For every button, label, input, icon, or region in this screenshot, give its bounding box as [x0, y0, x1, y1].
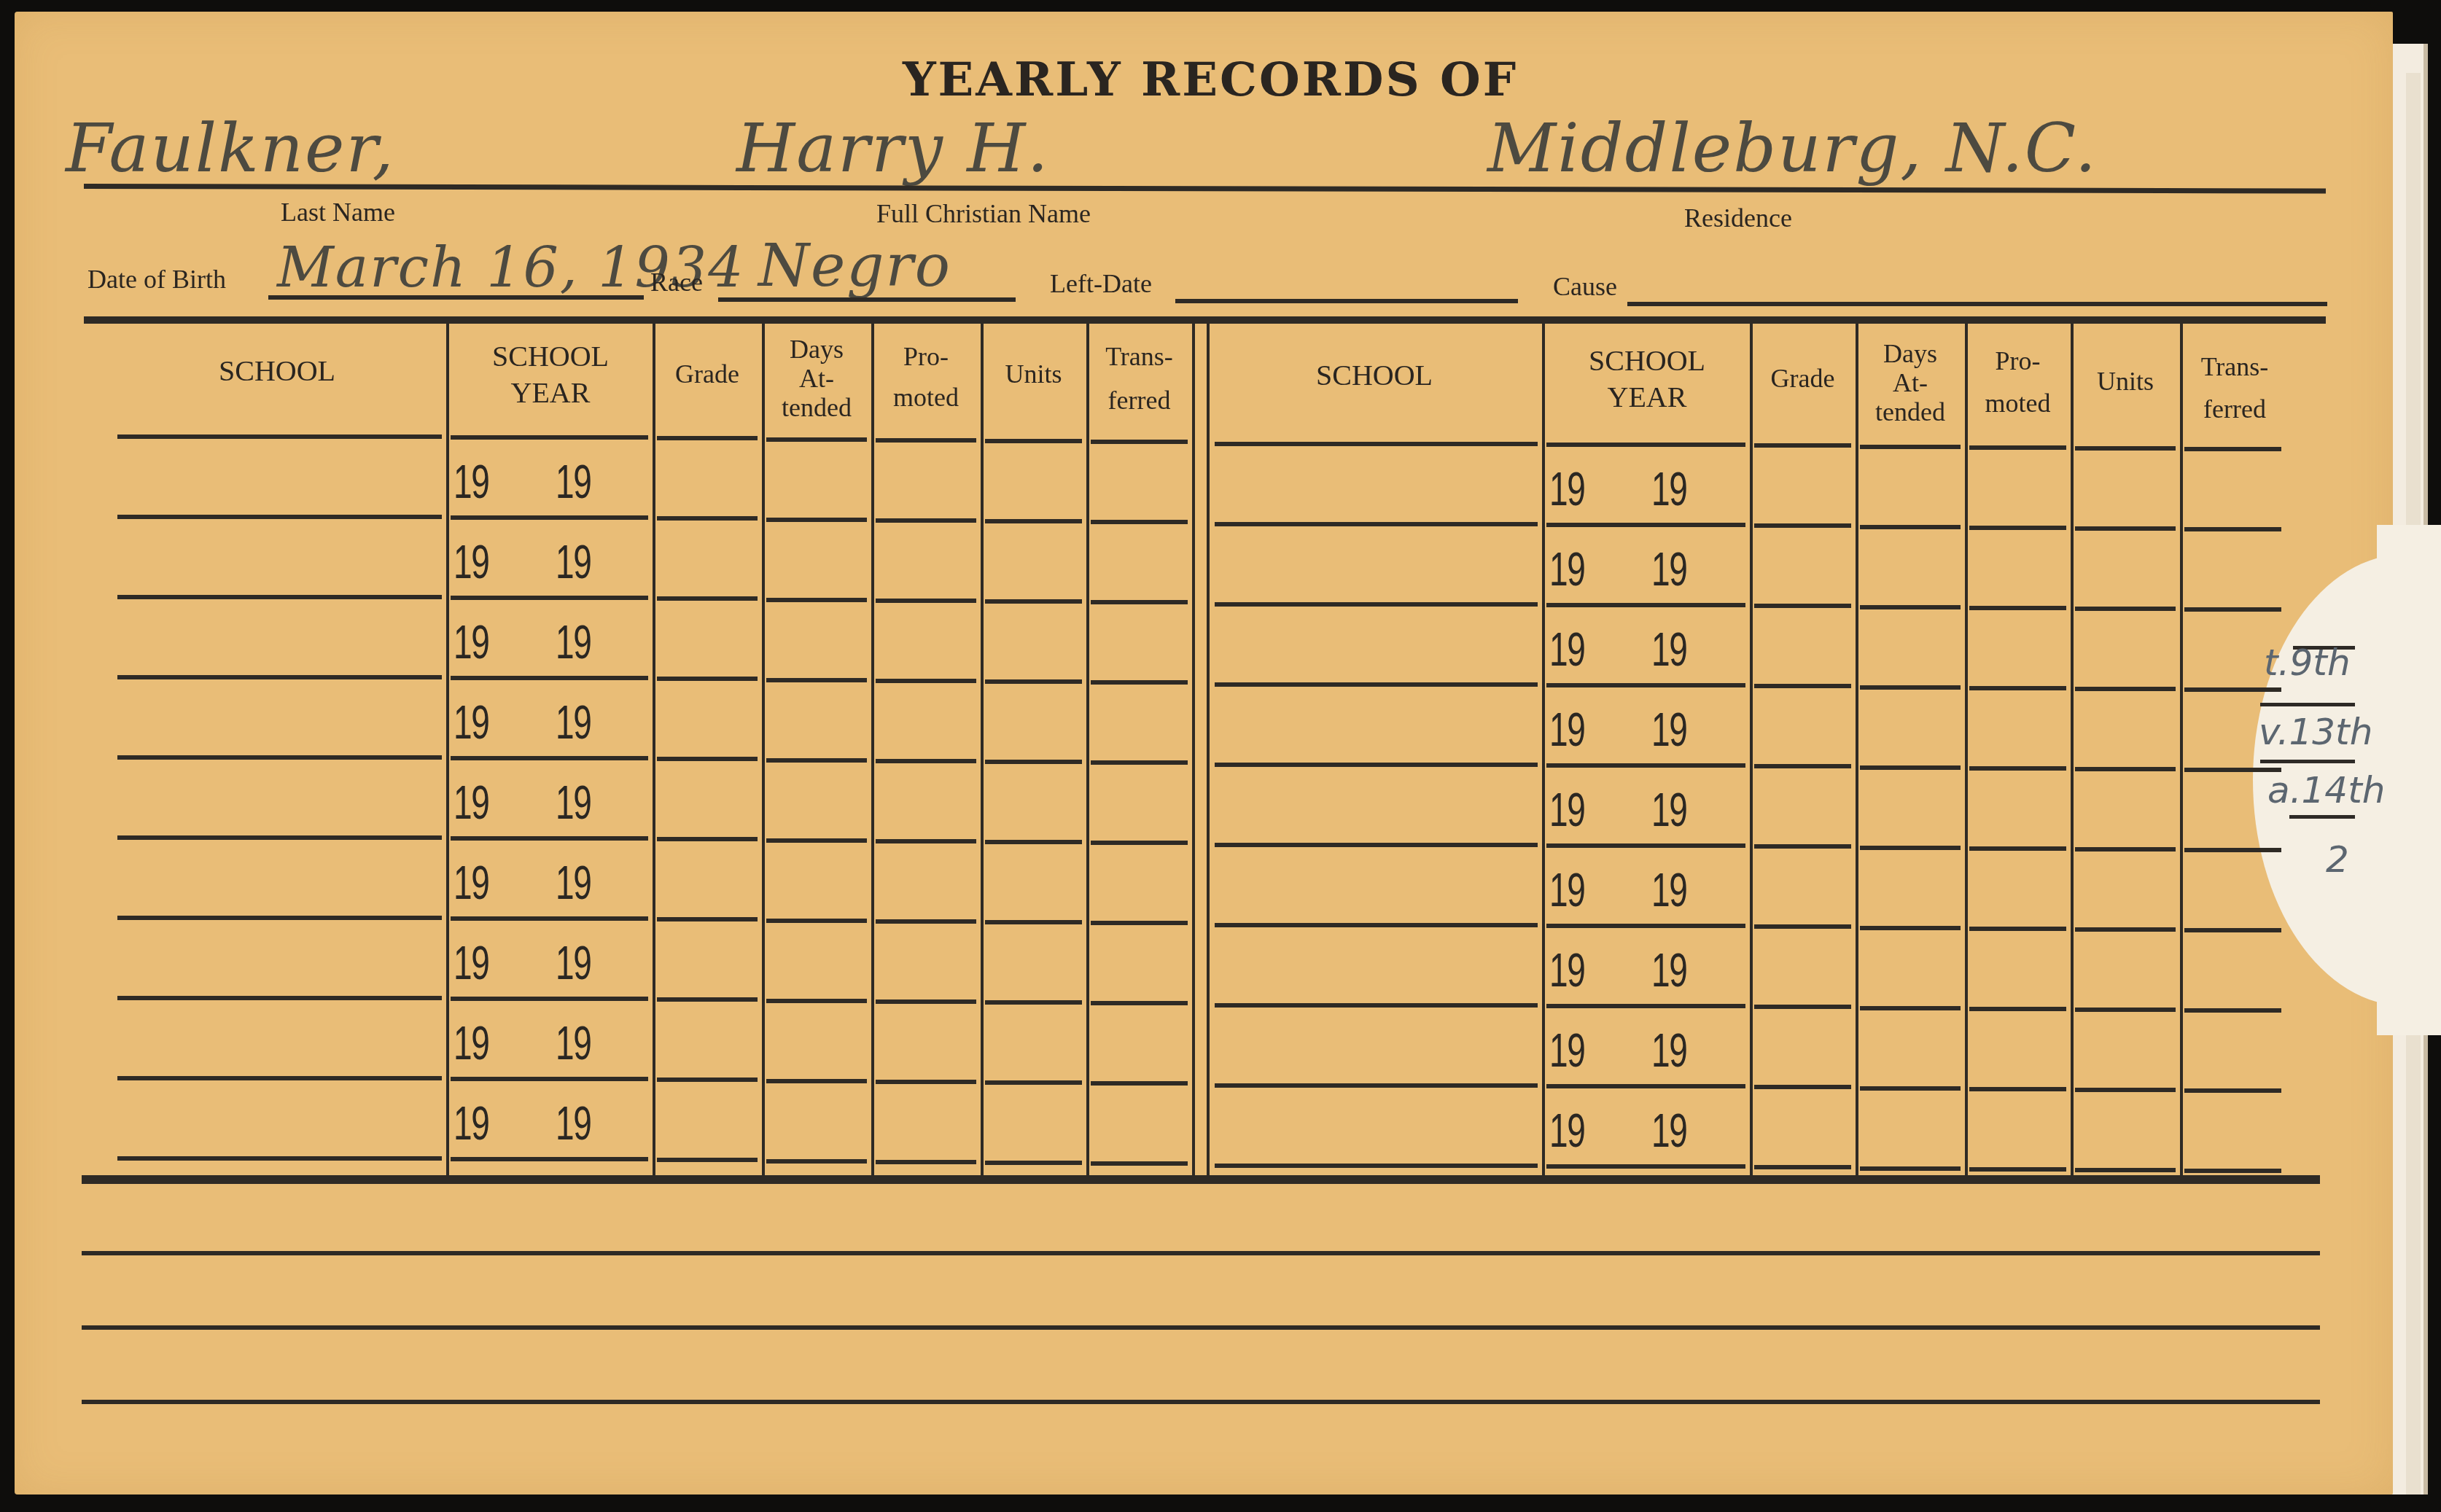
right-table-cell[interactable] [1969, 608, 2066, 679]
back-card-rule [2260, 760, 2355, 763]
left-table-cell[interactable] [657, 681, 758, 752]
table-bottom-rule [82, 1175, 2320, 1184]
back-card-text: a.14th [2267, 769, 2385, 811]
header-days-2: At- [762, 365, 871, 392]
left-table-cell[interactable] [117, 761, 442, 833]
header-promoted-1: Pro- [871, 343, 981, 370]
row-divider [451, 756, 648, 760]
right-table-cell[interactable] [2184, 448, 2281, 519]
left-table-cell[interactable] [451, 761, 648, 833]
header-school-right: SCHOOL [1210, 360, 1538, 391]
right-table-cell[interactable] [1546, 608, 1745, 679]
row-divider [451, 515, 648, 520]
right-table-cell[interactable] [1215, 448, 1538, 519]
left-table-cell[interactable] [766, 1082, 867, 1153]
left-table-cell[interactable] [766, 841, 867, 913]
right-table-cell[interactable] [1754, 528, 1851, 599]
right-table-cell[interactable] [1215, 929, 1538, 1000]
notes-line-1[interactable] [82, 1251, 2320, 1255]
row-divider [451, 916, 648, 921]
right-table-cell[interactable] [2075, 448, 2176, 519]
left-table-cell[interactable] [985, 761, 1082, 833]
left-table-cell[interactable] [766, 921, 867, 993]
row-divider [1546, 603, 1745, 607]
left-table-cell[interactable] [117, 681, 442, 752]
row-divider [451, 1077, 648, 1081]
row-divider [117, 515, 442, 519]
right-table-cell[interactable] [1546, 528, 1745, 599]
left-table-cell[interactable] [985, 921, 1082, 993]
row-divider [1546, 1004, 1745, 1008]
back-card-text: 2 [2326, 838, 2349, 881]
left-table-cell[interactable] [1091, 761, 1188, 833]
left-table-cell[interactable] [1091, 681, 1188, 752]
row-divider [117, 916, 442, 920]
right-table-cell[interactable] [1215, 1089, 1538, 1161]
left-table-cell[interactable] [1091, 1082, 1188, 1153]
row-divider [766, 1159, 867, 1164]
right-table-cell[interactable] [1860, 608, 1961, 679]
header-underline [1546, 443, 1745, 447]
right-table-cell[interactable] [1860, 448, 1961, 519]
right-table-cell[interactable] [1546, 448, 1745, 519]
notes-line-3[interactable] [82, 1400, 2320, 1404]
row-divider [117, 996, 442, 1000]
right-table-cell[interactable] [2184, 608, 2281, 679]
header-days-1: Days [762, 335, 871, 363]
column-divider [981, 324, 984, 1177]
header-transferred-2: ferred [1086, 386, 1192, 414]
left-date-label: Left-Date [1050, 268, 1152, 299]
right-table-cell[interactable] [1546, 768, 1745, 840]
right-table-cell[interactable] [2184, 768, 2281, 840]
header-underline [1215, 442, 1538, 446]
right-table-cell[interactable] [1860, 849, 1961, 920]
left-table-cell[interactable] [985, 1082, 1082, 1153]
left-table-cell[interactable] [876, 521, 976, 592]
left-table-cell[interactable] [985, 681, 1082, 752]
row-divider [1215, 923, 1538, 927]
right-table-cell[interactable] [1969, 528, 2066, 599]
column-divider [1542, 324, 1545, 1177]
right-table-cell[interactable] [1546, 849, 1745, 920]
column-divider [1965, 324, 1968, 1177]
right-table-cell[interactable] [1860, 768, 1961, 840]
row-divider [657, 1158, 758, 1162]
column-divider [446, 324, 449, 1177]
right-table-cell[interactable] [2075, 929, 2176, 1000]
row-divider [451, 836, 648, 841]
left-table-cell[interactable] [766, 601, 867, 672]
left-table-cell[interactable] [451, 440, 648, 512]
header-underline [451, 435, 648, 440]
row-divider [117, 675, 442, 679]
header-grade: Grade [653, 360, 762, 388]
left-table-cell[interactable] [657, 761, 758, 833]
left-table-cell[interactable] [876, 761, 976, 833]
row-divider [117, 835, 442, 840]
row-divider [2184, 1169, 2281, 1173]
row-divider [451, 997, 648, 1001]
left-table-cell[interactable] [1091, 841, 1188, 913]
cause-line[interactable] [1627, 302, 2327, 306]
right-table-cell[interactable] [1860, 929, 1961, 1000]
right-table-cell[interactable] [1215, 849, 1538, 920]
right-table-cell[interactable] [2075, 768, 2176, 840]
left-table-cell[interactable] [117, 440, 442, 512]
column-divider [2180, 324, 2183, 1177]
row-divider [1215, 1083, 1538, 1088]
left-table-cell[interactable] [985, 521, 1082, 592]
right-table-cell[interactable] [1969, 448, 2066, 519]
right-table-cell[interactable] [1860, 1089, 1961, 1161]
right-table-cell[interactable] [2075, 608, 2176, 679]
left-table-cell[interactable] [657, 1002, 758, 1073]
left-table-cell[interactable] [876, 681, 976, 752]
right-table-cell[interactable] [1860, 688, 1961, 760]
header-school: SCHOOL [113, 356, 441, 386]
right-table-cell[interactable] [2075, 528, 2176, 599]
right-table-cell[interactable] [1546, 1089, 1745, 1161]
row-divider [1215, 1003, 1538, 1008]
right-table-cell[interactable] [2184, 528, 2281, 599]
right-table-cell[interactable] [1754, 1009, 1851, 1080]
left-table-cell[interactable] [1091, 1002, 1188, 1073]
right-table-cell[interactable] [2184, 688, 2281, 760]
left-table-cell[interactable] [1091, 440, 1188, 512]
left-table-cell[interactable] [766, 1002, 867, 1073]
header-units: Units [981, 360, 1086, 388]
left-table-cell[interactable] [876, 1082, 976, 1153]
left-table-cell[interactable] [657, 841, 758, 913]
row-divider [1546, 1164, 1745, 1169]
column-divider [2071, 324, 2074, 1177]
left-table-cell[interactable] [985, 601, 1082, 672]
right-table-cell[interactable] [1546, 1009, 1745, 1080]
dob-label: Date of Birth [87, 264, 226, 295]
left-table-cell[interactable] [117, 841, 442, 913]
left-table-cell[interactable] [876, 1002, 976, 1073]
right-table-cell[interactable] [1969, 1089, 2066, 1161]
row-divider [1754, 1165, 1851, 1169]
header-promoted-2: moted [871, 383, 981, 411]
row-divider [117, 1076, 442, 1080]
christian-name-value: Harry H. [736, 109, 1050, 187]
cause-label: Cause [1553, 271, 1617, 302]
row-divider [451, 676, 648, 680]
row-divider [1215, 602, 1538, 607]
left-table-cell[interactable] [876, 440, 976, 512]
right-table-cell[interactable] [1754, 448, 1851, 519]
header-transferred-right-1: Trans- [2180, 353, 2289, 381]
right-table-cell[interactable] [2184, 1089, 2281, 1161]
left-table-cell[interactable] [1091, 521, 1188, 592]
christian-name-label: Full Christian Name [876, 198, 1091, 229]
row-divider [451, 596, 648, 600]
column-divider [1750, 324, 1753, 1177]
left-table-cell[interactable] [451, 681, 648, 752]
row-divider [2075, 1168, 2176, 1172]
right-table-cell[interactable] [1754, 929, 1851, 1000]
row-divider [1091, 1161, 1188, 1166]
right-table-cell[interactable] [2184, 1009, 2281, 1080]
left-table-cell[interactable] [451, 921, 648, 993]
form-title: YEARLY RECORDS OF [882, 52, 1538, 107]
header-school-year-2: YEAR [448, 378, 653, 408]
header-transferred-right-2: ferred [2180, 395, 2289, 423]
left-table-cell[interactable] [451, 601, 648, 672]
header-promoted-right-2: moted [1965, 389, 2071, 417]
left-table-cell[interactable] [985, 1002, 1082, 1073]
left-table-cell[interactable] [1091, 601, 1188, 672]
header-grade-right: Grade [1750, 365, 1856, 392]
column-divider [653, 324, 655, 1177]
left-table-cell[interactable] [876, 921, 976, 993]
right-table-cell[interactable] [1215, 688, 1538, 760]
right-table-cell[interactable] [1754, 688, 1851, 760]
right-table-cell[interactable] [1754, 608, 1851, 679]
right-table-cell[interactable] [1215, 608, 1538, 679]
right-table-cell[interactable] [2075, 688, 2176, 760]
right-table-cell[interactable] [2184, 929, 2281, 1000]
row-divider [1546, 763, 1745, 768]
left-table-cell[interactable] [117, 521, 442, 592]
header-days-right-3: tended [1856, 398, 1965, 426]
header-promoted-right-1: Pro- [1965, 347, 2071, 375]
residence-label: Residence [1684, 203, 1792, 233]
header-school-year-1: SCHOOL [448, 341, 653, 372]
header-school-year-right-1: SCHOOL [1544, 346, 1750, 376]
row-divider [1860, 1166, 1961, 1171]
row-divider [1215, 843, 1538, 847]
left-table-cell[interactable] [876, 841, 976, 913]
right-table-cell[interactable] [1860, 1009, 1961, 1080]
left-table-cell[interactable] [451, 1082, 648, 1153]
right-table-cell[interactable] [1969, 1009, 2066, 1080]
left-table-cell[interactable] [451, 1002, 648, 1073]
left-table-cell[interactable] [117, 1002, 442, 1073]
tab-notch-strip [2377, 525, 2441, 1035]
left-table-cell[interactable] [657, 521, 758, 592]
header-school-year-right-2: YEAR [1544, 382, 1750, 413]
right-table-cell[interactable] [1215, 528, 1538, 599]
left-table-cell[interactable] [117, 601, 442, 672]
row-divider [1215, 522, 1538, 526]
last-name-value: Faulkner, [66, 109, 395, 187]
row-divider [985, 1161, 1082, 1165]
left-table-cell[interactable] [117, 921, 442, 993]
row-divider [1215, 763, 1538, 767]
left-table-cell[interactable] [451, 521, 648, 592]
left-table-cell[interactable] [657, 440, 758, 512]
right-table-cell[interactable] [2075, 849, 2176, 920]
row-divider [1546, 924, 1745, 928]
left-table-cell[interactable] [1091, 921, 1188, 993]
left-table-cell[interactable] [657, 1082, 758, 1153]
left-table-cell[interactable] [117, 1082, 442, 1153]
right-table-cell[interactable] [1546, 688, 1745, 760]
left-table-cell[interactable] [985, 440, 1082, 512]
row-divider [117, 755, 442, 760]
right-table-cell[interactable] [1969, 768, 2066, 840]
row-divider [876, 1160, 976, 1164]
left-table-cell[interactable] [657, 921, 758, 993]
row-divider [117, 1156, 442, 1161]
left-table-cell[interactable] [766, 521, 867, 592]
right-table-cell[interactable] [2184, 849, 2281, 920]
left-table-cell[interactable] [451, 841, 648, 913]
race-label: Race [650, 267, 703, 297]
race-line [718, 297, 1016, 302]
race-value: Negro [758, 232, 951, 300]
row-divider [451, 1157, 648, 1161]
header-transferred-1: Trans- [1086, 343, 1192, 370]
right-table-cell[interactable] [1969, 688, 2066, 760]
dob-line [268, 295, 644, 300]
row-divider [1546, 1084, 1745, 1088]
right-table-cell[interactable] [2075, 1089, 2176, 1161]
right-table-cell[interactable] [1969, 849, 2066, 920]
right-table-cell[interactable] [1969, 929, 2066, 1000]
last-name-label: Last Name [281, 197, 395, 227]
row-divider [117, 595, 442, 599]
row-divider [1215, 682, 1538, 687]
header-days-right-2: At- [1856, 369, 1965, 397]
row-divider [1546, 523, 1745, 527]
right-table-cell[interactable] [1754, 849, 1851, 920]
back-card-rule [2289, 815, 2355, 819]
table-top-rule [84, 316, 2326, 324]
row-divider [1215, 1164, 1538, 1168]
row-divider [1969, 1167, 2066, 1172]
column-divider [1192, 324, 1195, 1177]
column-divider [1856, 324, 1858, 1177]
right-table-cell[interactable] [1215, 768, 1538, 840]
right-table-cell[interactable] [1754, 768, 1851, 840]
left-table-cell[interactable] [766, 681, 867, 752]
left-table-cell[interactable] [657, 601, 758, 672]
left-table-cell[interactable] [985, 841, 1082, 913]
header-units-right: Units [2071, 367, 2180, 395]
right-table-cell[interactable] [1754, 1089, 1851, 1161]
center-double-divider [1207, 324, 1210, 1177]
notes-line-2[interactable] [82, 1325, 2320, 1330]
column-divider [871, 324, 874, 1177]
right-table-cell[interactable] [1860, 528, 1961, 599]
right-table-cell[interactable] [2075, 1009, 2176, 1080]
left-table-cell[interactable] [876, 601, 976, 672]
left-table-cell[interactable] [766, 761, 867, 833]
row-divider [1546, 843, 1745, 848]
left-table-cell[interactable] [766, 440, 867, 512]
right-table-cell[interactable] [1546, 929, 1745, 1000]
header-days-3: tended [762, 394, 871, 421]
left-date-line[interactable] [1175, 299, 1518, 303]
header-days-right-1: Days [1856, 340, 1965, 367]
column-divider [1086, 324, 1089, 1177]
row-divider [1546, 683, 1745, 687]
right-table-cell[interactable] [1215, 1009, 1538, 1080]
residence-value: Middleburg, N.C. [1487, 109, 2098, 187]
column-divider [762, 324, 765, 1177]
header-underline [117, 434, 442, 439]
